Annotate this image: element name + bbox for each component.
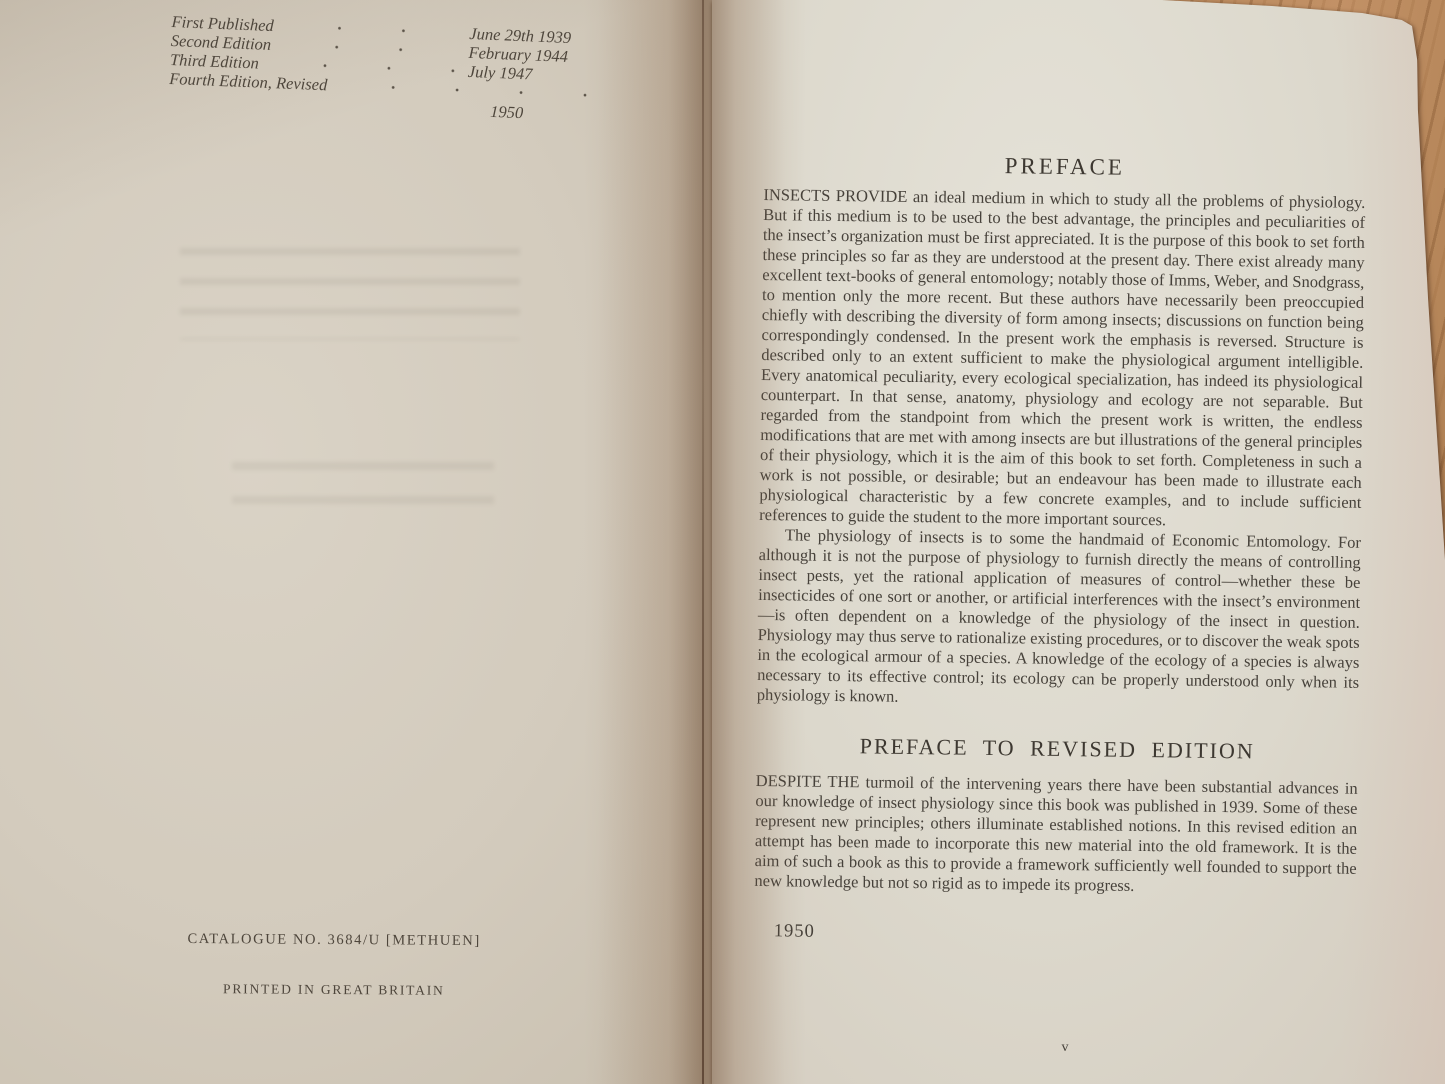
revised-edition-paragraph: DESPITE THE turmoil of the intervening y… [754,771,1358,899]
preface-content: PREFACE INSECTS PROVIDE an ideal medium … [754,150,1366,950]
right-page-wrap: PREFACE INSECTS PROVIDE an ideal medium … [712,0,1445,1084]
page-number: v [764,1040,1366,1056]
show-through-ghost-text [232,462,494,504]
catalogue-line: CATALOGUE NO. 3684/U [METHUEN] [168,931,500,950]
edition-history: First PublishedJune 29th 1939Second Edit… [168,12,602,125]
left-page: First PublishedJune 29th 1939Second Edit… [0,0,712,1084]
right-page: PREFACE INSECTS PROVIDE an ideal medium … [712,0,1445,1084]
show-through-ghost-text [180,248,520,340]
imprint-block: CATALOGUE NO. 3684/U [METHUEN] PRINTED I… [168,931,500,999]
revision-year: 1950 [754,921,1356,950]
preface-paragraph-2: The physiology of insects is to some the… [757,525,1361,713]
printed-in-line: PRINTED IN GREAT BRITAIN [168,981,500,999]
revised-edition-heading: PREFACE TO REVISED EDITION [756,732,1358,766]
preface-paragraph-1: INSECTS PROVIDE an ideal medium in which… [759,185,1365,533]
preface-heading: PREFACE [764,150,1366,184]
